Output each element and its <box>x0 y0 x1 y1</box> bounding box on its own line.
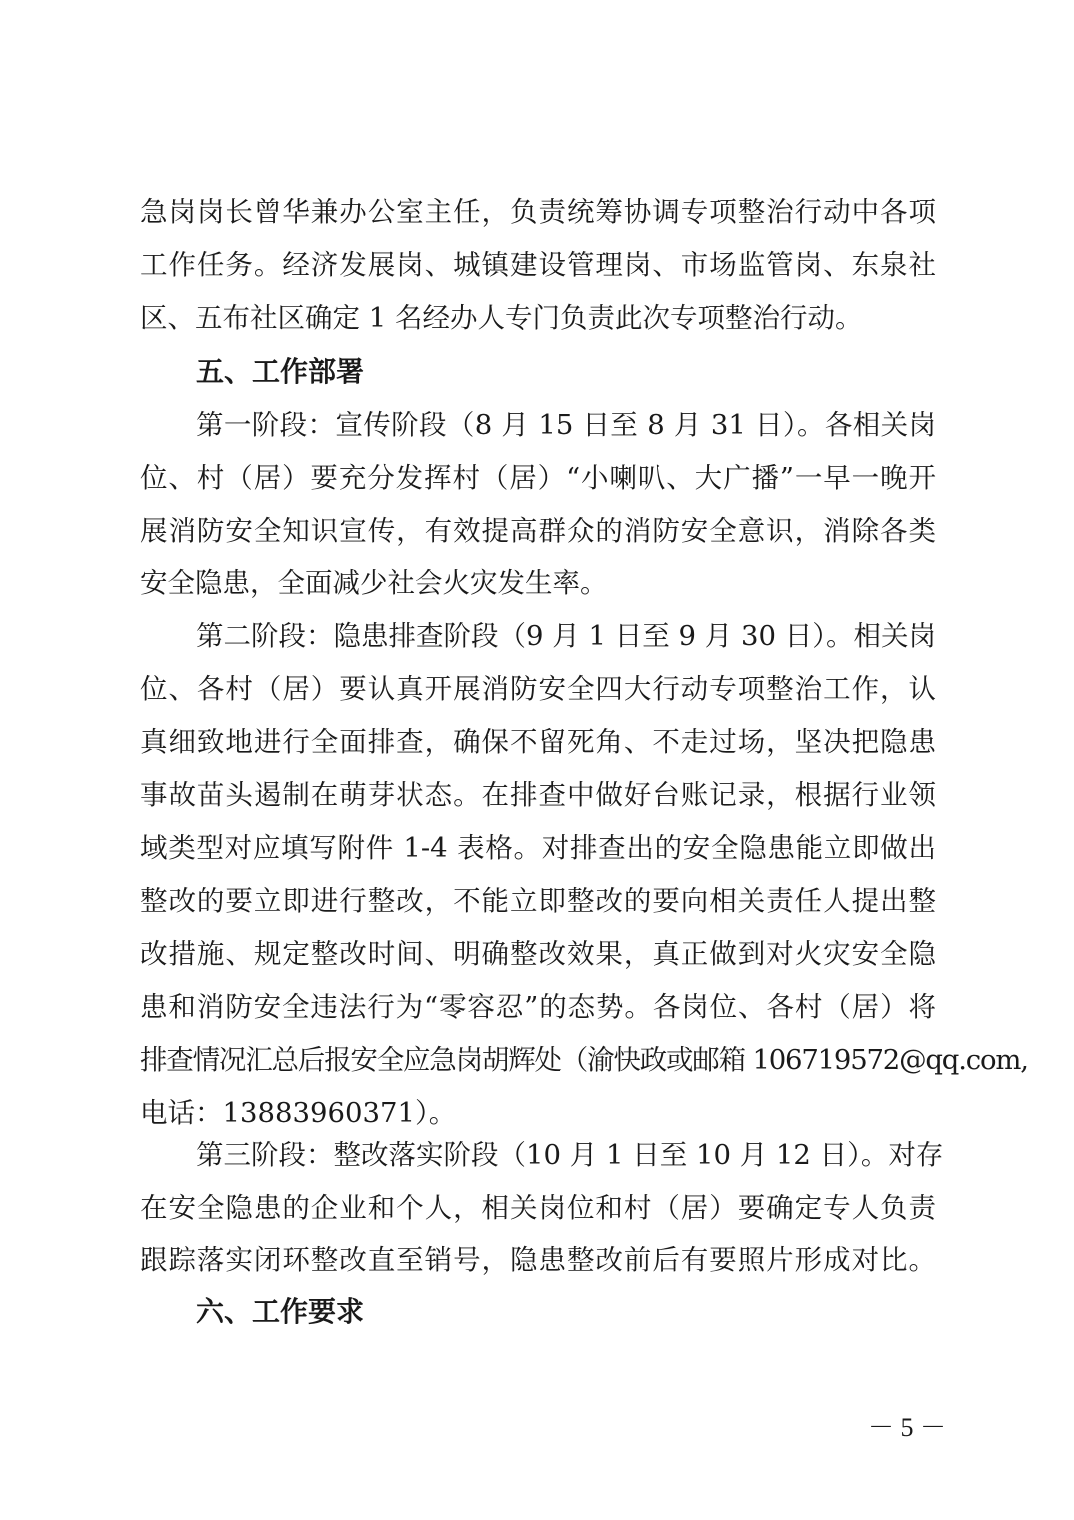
stage2-line-9-contact: 排查情况汇总后报安全应急岗胡辉处（渝快政或邮箱 106719572@qq.com… <box>140 1040 936 1080</box>
stage1-line-1: 第一阶段：宣传阶段（8 月 15 日至 8 月 31 日）。各相关岗 <box>196 405 936 445</box>
stage2-line-10-phone: 电话：13883960371）。 <box>140 1093 936 1133</box>
stage2-line-5: 域类型对应填写附件 1-4 表格。对排查出的安全隐患能立即做出 <box>140 828 936 868</box>
page-number: － 5 － <box>868 1412 946 1444</box>
stage2-line-1: 第二阶段：隐患排查阶段（9 月 1 日至 9 月 30 日）。相关岗 <box>196 616 936 656</box>
stage1-line-3: 展消防安全知识宣传，有效提高群众的消防安全意识，消除各类 <box>140 511 936 551</box>
intro-line-1: 急岗岗长曾华兼办公室主任，负责统筹协调专项整治行动中各项 <box>140 192 936 232</box>
document-page: 急岗岗长曾华兼办公室主任，负责统筹协调专项整治行动中各项 工作任务。经济发展岗、… <box>0 0 1074 1520</box>
stage1-line-2: 位、村（居）要充分发挥村（居）“小喇叭、大广播”一早一晚开 <box>140 458 936 498</box>
stage2-line-6: 整改的要立即进行整改，不能立即整改的要向相关责任人提出整 <box>140 881 936 921</box>
intro-line-2: 工作任务。经济发展岗、城镇建设管理岗、市场监管岗、东泉社 <box>140 245 936 285</box>
stage3-line-1: 第三阶段：整改落实阶段（10 月 1 日至 10 月 12 日）。对存 <box>196 1135 936 1175</box>
section-heading-work-deployment: 五、工作部署 <box>196 352 364 392</box>
stage2-line-2: 位、各村（居）要认真开展消防安全四大行动专项整治工作，认 <box>140 669 936 709</box>
section-heading-work-requirements: 六、工作要求 <box>196 1292 364 1332</box>
intro-line-3: 区、五布社区确定 1 名经办人专门负责此次专项整治行动。 <box>140 298 936 338</box>
stage2-line-7: 改措施、规定整改时间、明确整改效果，真正做到对火灾安全隐 <box>140 934 936 974</box>
stage2-line-3: 真细致地进行全面排查，确保不留死角、不走过场，坚决把隐患 <box>140 722 936 762</box>
stage1-line-4: 安全隐患，全面减少社会火灾发生率。 <box>140 563 936 603</box>
stage3-line-2: 在安全隐患的企业和个人，相关岗位和村（居）要确定专人负责 <box>140 1188 936 1228</box>
stage2-line-4: 事故苗头遏制在萌芽状态。在排查中做好台账记录，根据行业领 <box>140 775 936 815</box>
stage3-line-3: 跟踪落实闭环整改直至销号，隐患整改前后有要照片形成对比。 <box>140 1240 936 1280</box>
stage2-line-8: 患和消防安全违法行为“零容忍”的态势。各岗位、各村（居）将 <box>140 987 936 1027</box>
